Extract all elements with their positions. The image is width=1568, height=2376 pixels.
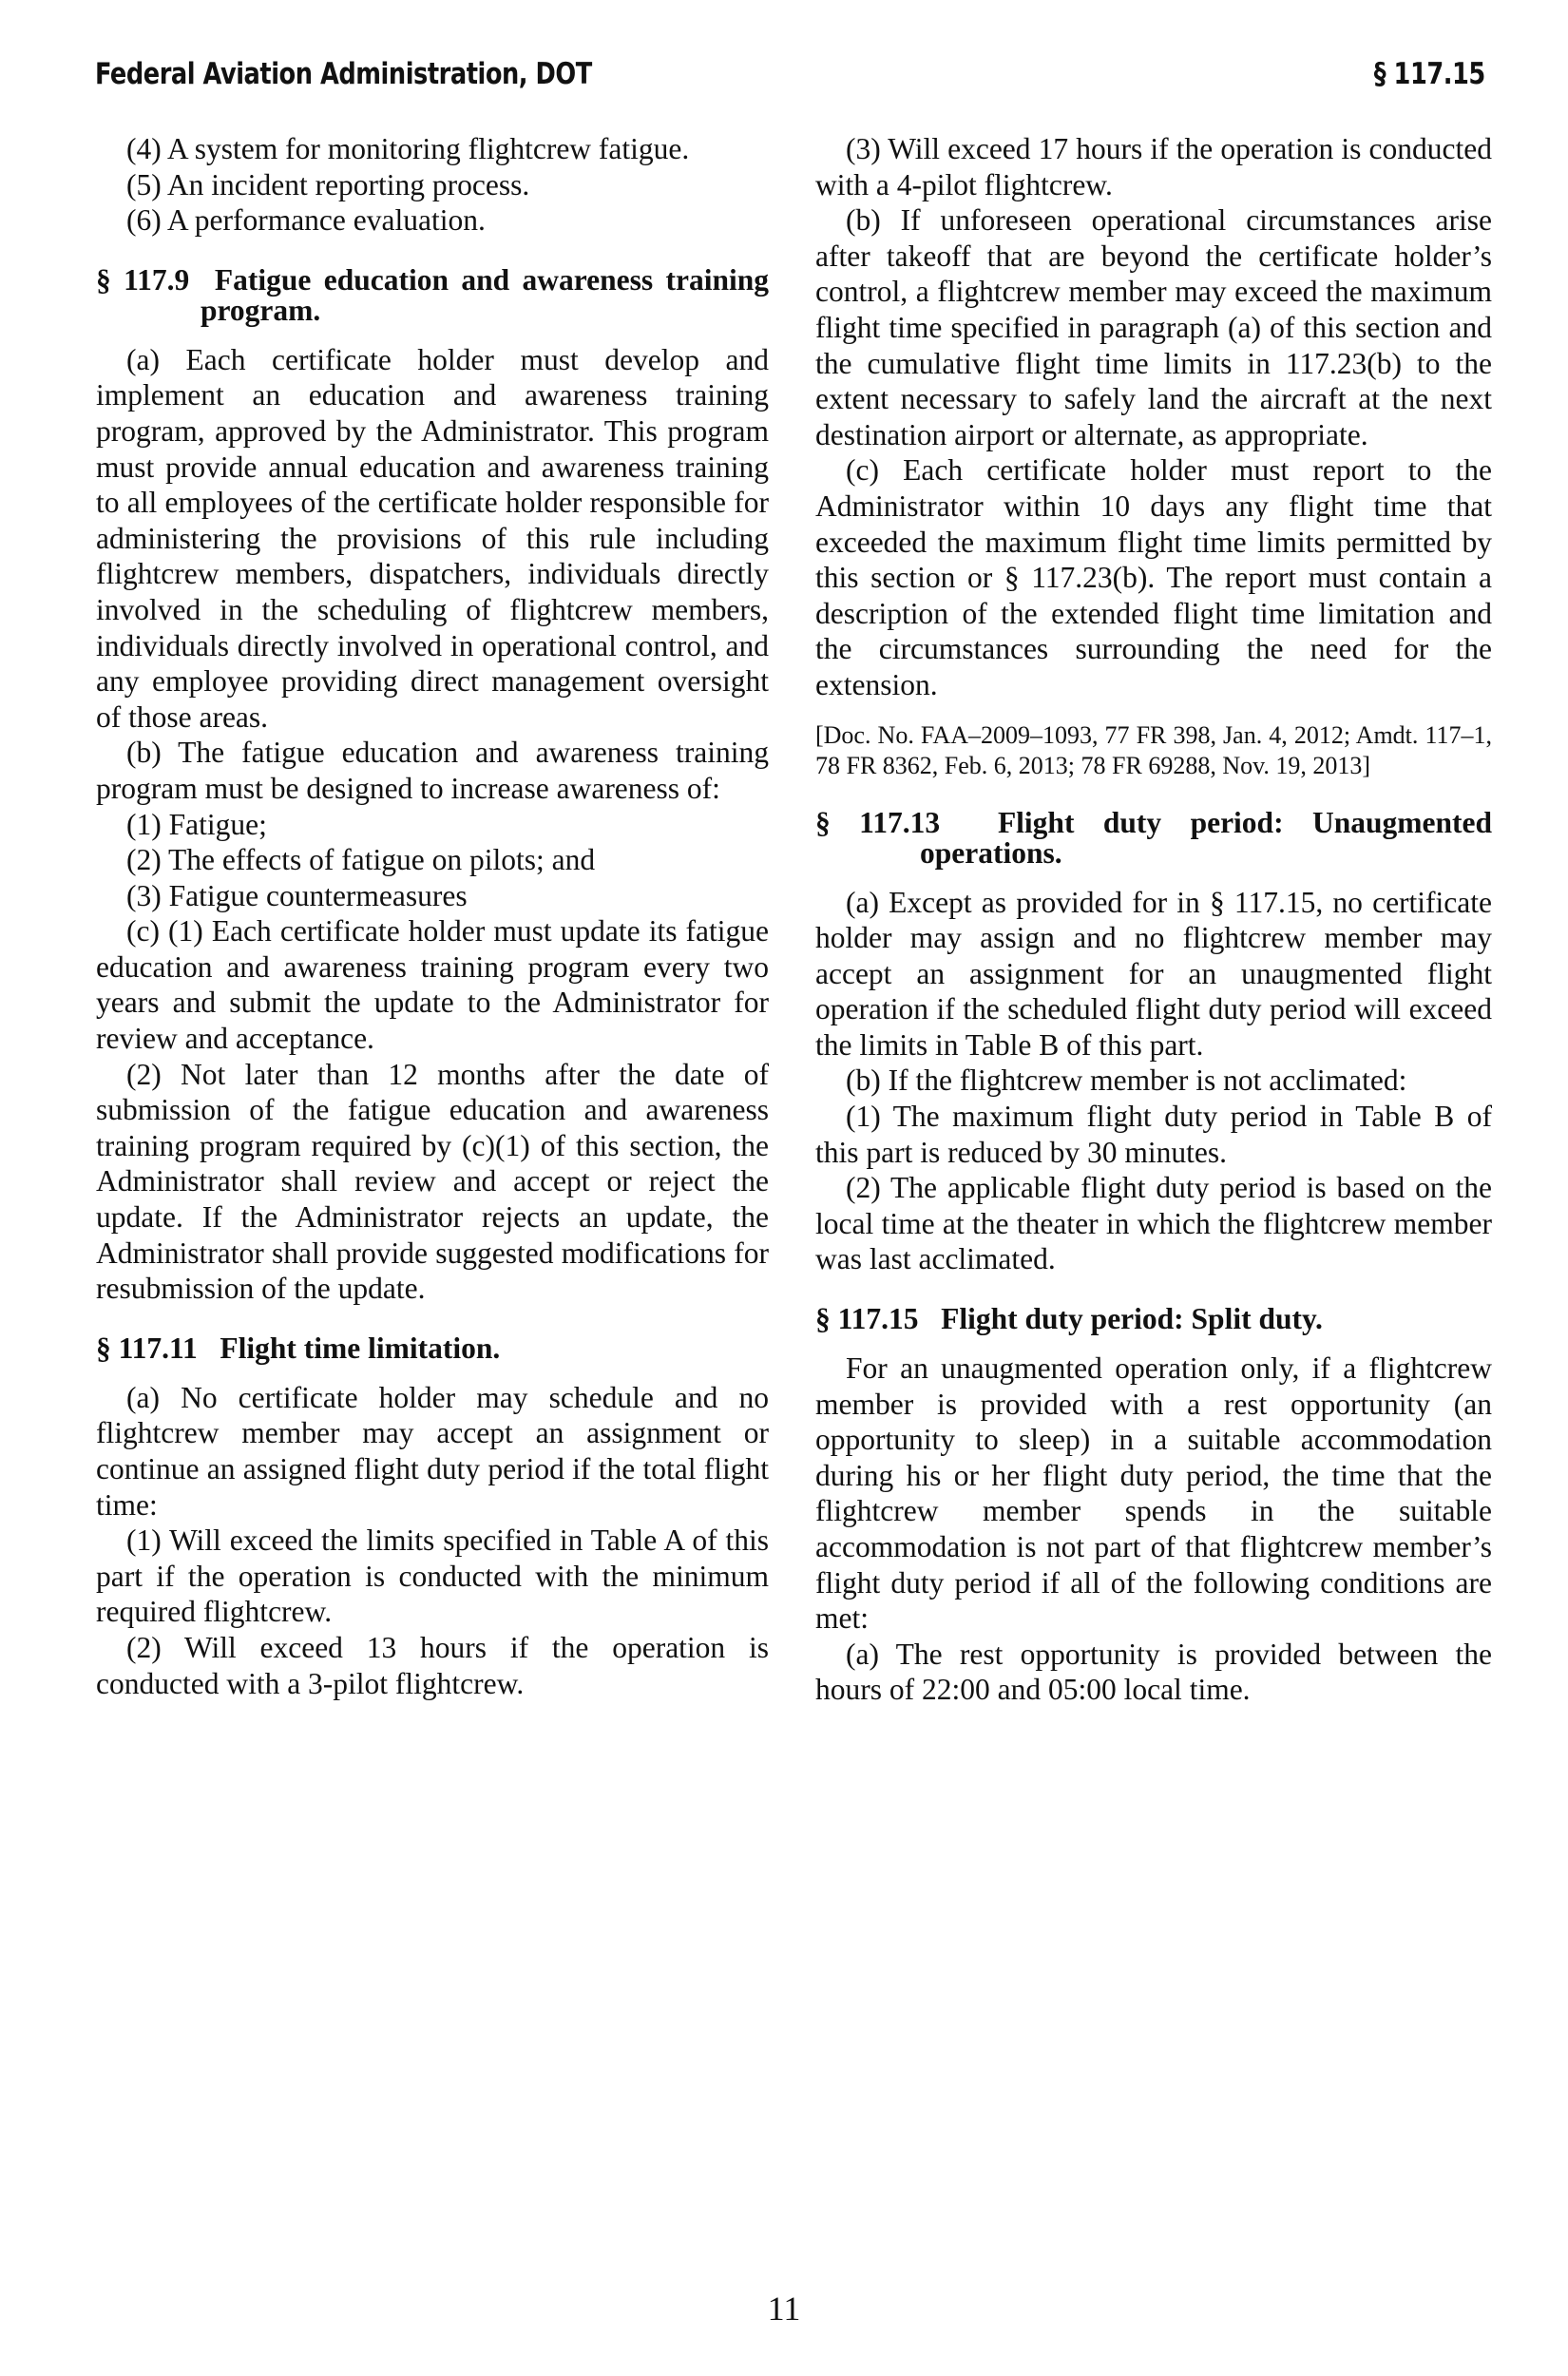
paragraph-6: (6) A performance evaluation. (96, 202, 769, 239)
section-marker: § 117.15 (1374, 57, 1485, 91)
section-number: § 117.11 (96, 1332, 198, 1365)
section-title: Flight duty period: Split duty. (941, 1302, 1323, 1335)
paragraph-5: (5) An incident reporting process. (96, 167, 769, 203)
section-number: § 117.15 (815, 1302, 919, 1335)
section-title: Fatigue education and awareness training… (201, 263, 769, 327)
paragraph-117-11-a: (a) No certificate holder may schedule a… (96, 1380, 769, 1523)
paragraph-117-13-b1: (1) The maximum flight duty period in Ta… (815, 1099, 1492, 1170)
paragraph-117-11-a3: (3) Will exceed 17 hours if the operatio… (815, 131, 1492, 202)
paragraph-117-11-c: (c) Each certificate holder must report … (815, 452, 1492, 702)
left-column: (4) A system for monitoring flightcrew f… (96, 131, 769, 1701)
section-title: Flight time limitation. (220, 1332, 500, 1365)
right-column: (3) Will exceed 17 hours if the operatio… (815, 131, 1492, 1708)
paragraph-117-13-b: (b) If the flightcrew member is not accl… (815, 1063, 1492, 1099)
paragraph-117-15-intro: For an unaugmented operation only, if a … (815, 1351, 1492, 1637)
paragraph-117-9-b: (b) The fatigue education and awareness … (96, 735, 769, 806)
section-heading-117-15: § 117.15 Flight duty period: Split duty. (815, 1304, 1492, 1334)
paragraph-117-9-b3: (3) Fatigue countermeasures (96, 878, 769, 914)
paragraph-117-9-b2: (2) The effects of fatigue on pilots; an… (96, 842, 769, 878)
paragraph-117-13-b2: (2) The applicable flight duty period is… (815, 1170, 1492, 1277)
paragraph-117-9-b1: (1) Fatigue; (96, 807, 769, 843)
paragraph-117-11-a2: (2) Will exceed 13 hours if the operatio… (96, 1630, 769, 1701)
section-title: Flight duty period: Unaugmented operatio… (920, 806, 1492, 870)
paragraph-4: (4) A system for monitoring flightcrew f… (96, 131, 769, 167)
section-heading-117-13: § 117.13 Flight duty period: Unaugmented… (815, 808, 1492, 869)
paragraph-117-9-c1: (c) (1) Each certificate holder must upd… (96, 913, 769, 1056)
agency-title: Federal Aviation Administration, DOT (95, 57, 592, 91)
source-citation: [Doc. No. FAA–2009–1093, 77 FR 398, Jan.… (815, 720, 1492, 781)
section-heading-117-11: § 117.11 Flight time limitation. (96, 1333, 769, 1364)
running-header: Federal Aviation Administration, DOT § 1… (95, 53, 1382, 95)
page-number: 11 (0, 2289, 1568, 2328)
paragraph-117-15-a: (a) The rest opportunity is provided bet… (815, 1637, 1492, 1708)
paragraph-117-9-c2: (2) Not later than 12 months after the d… (96, 1057, 769, 1307)
paragraph-117-13-a: (a) Except as provided for in § 117.15, … (815, 885, 1492, 1063)
section-number: § 117.9 (96, 263, 189, 297)
paragraph-117-11-a1: (1) Will exceed the limits specified in … (96, 1523, 769, 1630)
paragraph-117-9-a: (a) Each certificate holder must develop… (96, 342, 769, 736)
section-heading-117-9: § 117.9 Fatigue education and awareness … (96, 265, 769, 326)
section-number: § 117.13 (815, 806, 940, 839)
paragraph-117-11-b: (b) If unforeseen operational circumstan… (815, 202, 1492, 452)
